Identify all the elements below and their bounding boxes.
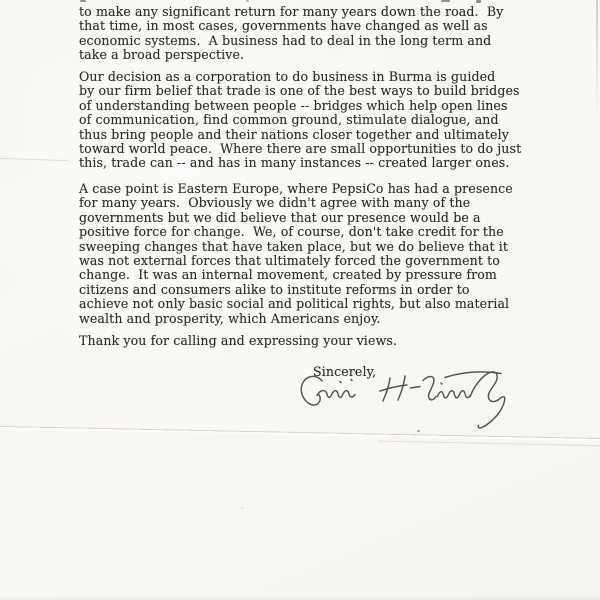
- letter-line: of communication, find common ground, st…: [79, 113, 521, 127]
- letter-line: change. It was an internal movement, cre…: [79, 268, 513, 282]
- clipped-text-remnant: [80, 0, 86, 2]
- letter-line: thus bring people and their nations clos…: [79, 128, 521, 142]
- letter-line: by our firm belief that trade is one of …: [79, 84, 521, 98]
- clipped-text-remnant: [476, 0, 481, 3]
- letter-line: was not external forces that ultimately …: [79, 254, 513, 268]
- letter-line: A case point is Eastern Europe, where Pe…: [79, 182, 513, 196]
- letter-paragraph: Thank you for calling and expressing you…: [79, 334, 397, 348]
- letter-line: to make any significant return for many …: [79, 5, 503, 19]
- letter-line: sweeping changes that have taken place, …: [79, 240, 513, 254]
- letter-line: Our decision as a corporation to do busi…: [79, 70, 521, 84]
- letter-line: Thank you for calling and expressing you…: [79, 334, 397, 348]
- clipped-text-remnant: [441, 0, 450, 2]
- letter-line: this, trade can -- and has in many insta…: [79, 156, 521, 170]
- letter-line: governments but we did believe that our …: [79, 211, 513, 225]
- letter-line: positive force for change. We, of course…: [79, 225, 513, 239]
- letter-paragraph: to make any significant return for many …: [79, 5, 503, 63]
- signature-script: [294, 368, 516, 430]
- paper-crease: [378, 441, 600, 447]
- letter-line: that time, in most cases, governments ha…: [79, 19, 503, 33]
- letter-line: citizens and consumers alike to institut…: [79, 283, 513, 297]
- letter-paragraph: A case point is Eastern Europe, where Pe…: [79, 182, 513, 326]
- letter-line: take a broad perspective.: [79, 48, 503, 62]
- letter-line: for many years. Obviously we didn't agre…: [79, 196, 513, 210]
- paper-crease: [0, 158, 68, 161]
- clipped-text-remnant: [246, 0, 249, 2]
- scan-speck: [241, 507, 243, 509]
- scanned-letter-page: to make any significant return for many …: [0, 0, 600, 600]
- letter-line: of understanding between people -- bridg…: [79, 99, 521, 113]
- letter-line: achieve not only basic social and politi…: [79, 297, 513, 311]
- letter-line: economic systems. A business had to deal…: [79, 34, 503, 48]
- scan-edge-shadow: [596, 0, 598, 118]
- letter-line: toward world peace. Where there are smal…: [79, 142, 521, 156]
- letter-line: wealth and prosperity, which Americans e…: [79, 312, 513, 326]
- letter-paragraph: Our decision as a corporation to do busi…: [79, 70, 521, 171]
- scan-speck: [417, 430, 420, 432]
